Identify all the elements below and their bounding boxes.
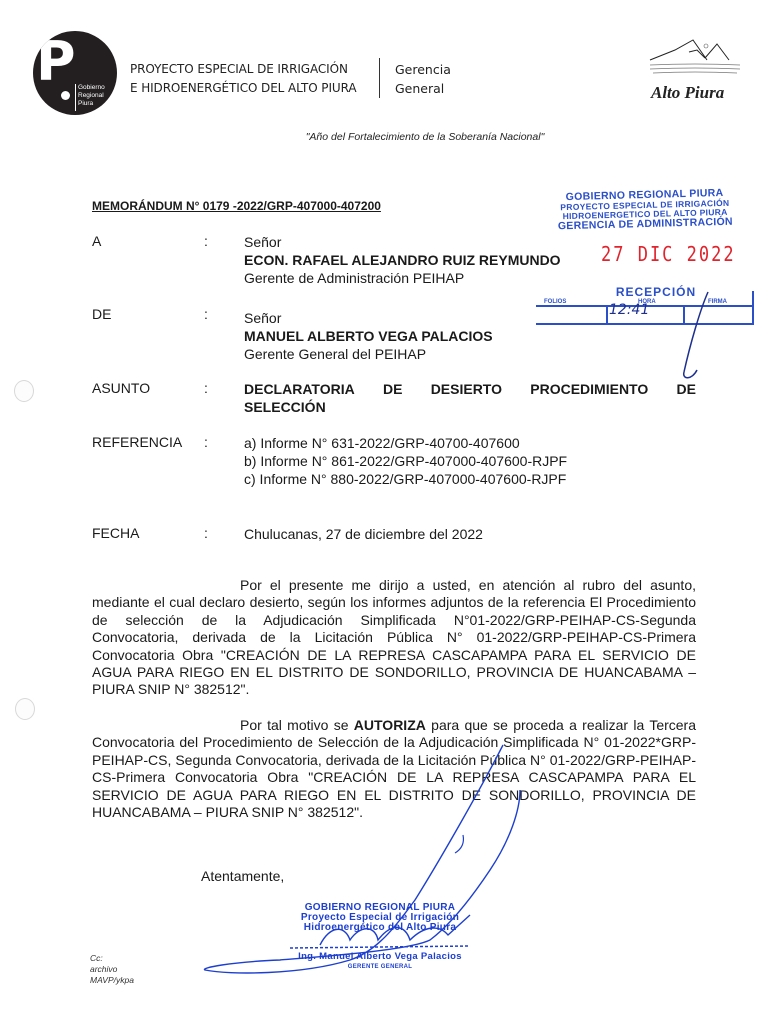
- header-divider: [379, 58, 380, 98]
- subject-line-1: DECLARATORIADEDESIERTOPROCEDIMIENTODE: [244, 380, 696, 398]
- handwritten-signatures: [0, 0, 780, 1023]
- logo-letter: P: [36, 35, 76, 89]
- field-label-date: FECHA: [92, 525, 139, 541]
- subject-word: DECLARATORIA: [244, 380, 355, 398]
- field-colon: :: [204, 434, 208, 450]
- subject-line-2: SELECCIÓN: [244, 398, 696, 416]
- carbon-copy-list: Cc: archivo MAVP/ykpa: [90, 953, 134, 986]
- body-paragraph-1: Por el presente me dirijo a usted, en at…: [92, 577, 696, 699]
- mountain-icon: Alto Piura: [645, 38, 750, 106]
- received-date-stamp: 27 DIC 2022: [601, 243, 736, 267]
- reference-item: b) Informe N° 861-2022/GRP-407000-407600…: [244, 452, 567, 470]
- received-organization-stamp: GOBIERNO REGIONAL PIURA PROYECTO ESPECIA…: [535, 188, 756, 232]
- reception-divider: [606, 305, 608, 323]
- sender-role: Gerente General del PEIHAP: [244, 345, 493, 363]
- reception-rule: [536, 323, 754, 325]
- closing-salutation: Atentamente,: [201, 868, 284, 884]
- recipient-salutation: Señor: [244, 233, 561, 251]
- authorize-emphasis: AUTORIZA: [354, 717, 426, 733]
- reference-item: a) Informe N° 631-2022/GRP-40700-407600: [244, 434, 567, 452]
- body-paragraph-2: Por tal motivo se AUTORIZA para que se p…: [92, 717, 696, 821]
- department-name: Gerencia General: [395, 60, 451, 98]
- reception-title: RECEPCIÓN: [586, 285, 726, 299]
- recipient-block: Señor ECON. RAFAEL ALEJANDRO RUIZ REYMUN…: [244, 233, 561, 287]
- subject-word: DESIERTO: [431, 380, 502, 398]
- logo-dot: [61, 91, 70, 100]
- subject-word: DE: [383, 380, 402, 398]
- date-value: Chulucanas, 27 de diciembre del 2022: [244, 525, 483, 543]
- punch-hole-bottom: [15, 698, 35, 720]
- gobierno-regional-logo: P Gobierno Regional Piura: [33, 31, 117, 115]
- subject-value: DECLARATORIADEDESIERTOPROCEDIMIENTODE SE…: [244, 380, 696, 416]
- memo-title: MEMORÁNDUM N° 0179 -2022/GRP-407000-4072…: [92, 199, 381, 213]
- field-colon: :: [204, 233, 208, 249]
- reference-list: a) Informe N° 631-2022/GRP-40700-407600 …: [244, 434, 567, 488]
- field-label-reference: REFERENCIA: [92, 434, 182, 450]
- field-label-from: DE: [92, 306, 111, 322]
- sender-salutation: Señor: [244, 309, 493, 327]
- punch-hole-top: [14, 380, 34, 402]
- field-label-subject: ASUNTO: [92, 380, 150, 396]
- reception-divider: [752, 291, 754, 323]
- signature-tail: [455, 835, 463, 853]
- sender-name: MANUEL ALBERTO VEGA PALACIOS: [244, 327, 493, 345]
- reception-stamp: RECEPCIÓN FOLIOS HORA FIRMA 12:41: [536, 285, 754, 327]
- recipient-name: ECON. RAFAEL ALEJANDRO RUIZ REYMUNDO: [244, 251, 561, 269]
- subject-word: DE: [677, 380, 696, 398]
- year-motto: "Año del Fortalecimiento de la Soberanía…: [0, 131, 780, 143]
- logo-divider: [75, 84, 76, 111]
- field-colon: :: [204, 306, 208, 322]
- reference-item: c) Informe N° 880-2022/GRP-407000-407600…: [244, 470, 567, 488]
- organization-name: PROYECTO ESPECIAL DE IRRIGACIÓN E HIDROE…: [130, 60, 356, 98]
- svg-text:Alto Piura: Alto Piura: [650, 83, 725, 102]
- logo-subtitle: Gobierno Regional Piura: [78, 84, 105, 108]
- field-colon: :: [204, 380, 208, 396]
- reception-divider: [683, 305, 685, 323]
- recipient-role: Gerente de Administración PEIHAP: [244, 269, 561, 287]
- reception-time: 12:41: [609, 302, 649, 318]
- alto-piura-logo: Alto Piura: [645, 38, 750, 106]
- signature-stamp: GOBIERNO REGIONAL PIURA Proyecto Especia…: [290, 903, 470, 972]
- field-colon: :: [204, 525, 208, 541]
- sender-block: Señor MANUEL ALBERTO VEGA PALACIOS Geren…: [244, 309, 493, 363]
- field-label-to: A: [92, 233, 101, 249]
- subject-word: PROCEDIMIENTO: [530, 380, 648, 398]
